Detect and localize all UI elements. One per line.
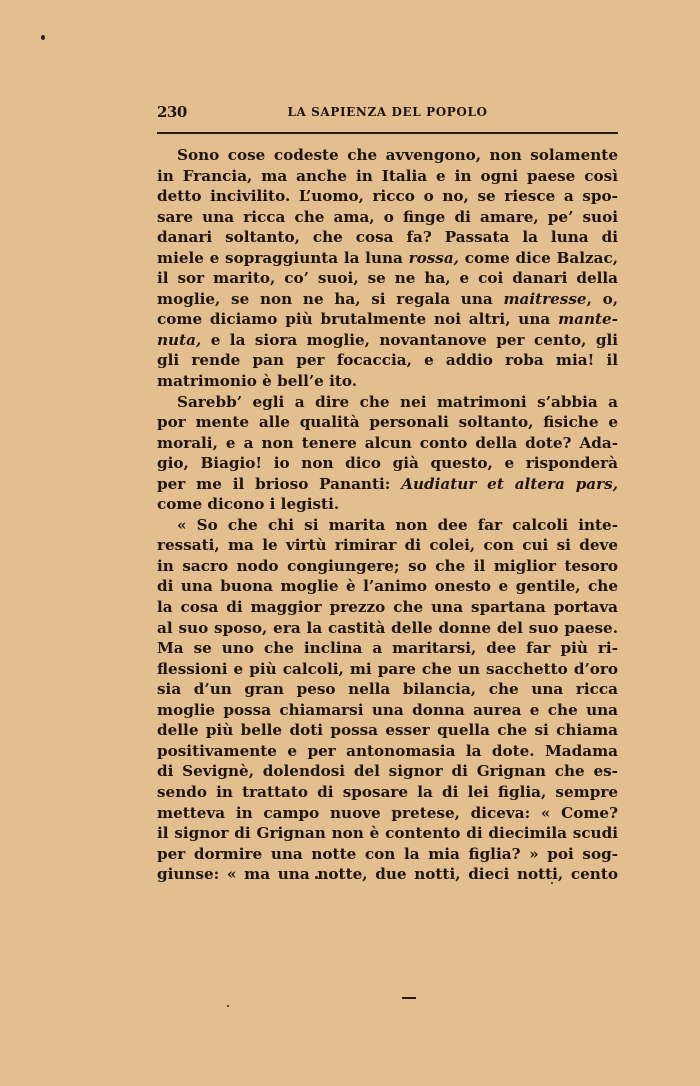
text-run: delle più belle doti possa esser quella … [157,721,618,739]
text-line: come dicono i legisti. [157,494,618,515]
text-line: nuta, e la siora moglie, novantanove per… [157,330,618,351]
text-run: al suo sposo, era la castità delle donne… [157,619,618,637]
text-run: flessioni e più calcoli, mi pare che un … [157,660,618,678]
italic-text: rossa, [409,249,459,267]
text-line: per me il brioso Pananti: Audiatur et al… [157,474,618,495]
text-line: moglie, se non ne ha, si regala una mait… [157,289,618,310]
text-run: come diciamo più brutalmente noi altri, … [157,310,558,328]
italic-text: Audiatur et altera pars, [401,475,618,493]
text-line: Sarebb’ egli a dire che nei matrimoni s’… [157,392,618,413]
text-line: sare una ricca che ama, o finge di amare… [157,207,618,228]
running-title: LA SAPIENZA DEL POPOLO [157,105,618,119]
text-run: danari soltanto, che cosa fa? Passata la… [157,228,618,246]
text-run: come dicono i legisti. [157,495,339,513]
text-line: miele e sopraggiunta la luna rossa, come… [157,248,618,269]
text-line: il sor marito, co’ suoi, se ne ha, e coi… [157,268,618,289]
text-line: flessioni e più calcoli, mi pare che un … [157,659,618,680]
text-run: Sarebb’ egli a dire che nei matrimoni s’… [177,393,618,411]
text-line: Sono cose codeste che avvengono, non sol… [157,145,618,166]
text-run: sendo in trattato di sposare la di lei f… [157,783,618,801]
text-run: in sacro nodo congiungere; so che il mig… [157,557,618,575]
page-header: 230 LA SAPIENZA DEL POPOLO [157,103,618,125]
text-run: e la siora moglie, novantanove per cento… [201,331,618,349]
text-line: come diciamo più brutalmente noi altri, … [157,309,618,330]
text-line: moglie possa chiamarsi una donna aurea e… [157,700,618,721]
text-run: sia d’un gran peso nella bilancia, che u… [157,680,618,698]
text-line: metteva in campo nuove pretese, diceva: … [157,803,618,824]
text-line: per dormire una notte con la mia figlia?… [157,844,618,865]
text-line: di Sevignè, dolendosi del signor di Grig… [157,761,618,782]
text-line: gli rende pan per focaccia, e addio roba… [157,350,618,371]
text-run: gio, Biagio! io non dico già questo, e r… [157,454,618,472]
text-line: delle più belle doti possa esser quella … [157,720,618,741]
text-run: positivamente e per antonomasia la dote.… [157,742,618,760]
text-run: come dice Balzac, [459,249,618,267]
text-line: positivamente e per antonomasia la dote.… [157,741,618,762]
text-run: detto incivilito. L’uomo, ricco o no, se… [157,187,618,205]
text-line: sia d’un gran peso nella bilancia, che u… [157,679,618,700]
text-line: di una buona moglie è l’animo onesto e g… [157,576,618,597]
text-run: moglie possa chiamarsi una donna aurea e… [157,701,618,719]
text-run: il signor di Grignan non è contento di d… [157,824,618,842]
text-run: il sor marito, co’ suoi, se ne ha, e coi… [157,269,618,287]
text-run: matrimonio è bell’e ito. [157,372,357,390]
text-line: Ma se uno che inclina a maritarsi, dee f… [157,638,618,659]
text-line: il signor di Grignan non è contento di d… [157,823,618,844]
text-run: giunse: « ma una notte, due notti, dieci… [157,865,618,883]
text-line: gio, Biagio! io non dico già questo, e r… [157,453,618,474]
ink-speck [315,876,318,879]
text-run: Sono cose codeste che avvengono, non sol… [177,146,618,164]
italic-text: mante- [558,310,618,328]
text-line: sendo in trattato di sposare la di lei f… [157,782,618,803]
body-text: Sono cose codeste che avvengono, non sol… [157,145,618,885]
text-run: ressati, ma le virtù rimirar di colei, c… [157,536,618,554]
text-run: moglie, se non ne ha, si regala una [157,290,503,308]
text-line: morali, e a non tenere alcun conto della… [157,433,618,454]
text-run: in Francia, ma anche in Italia e in ogni… [157,167,618,185]
italic-text: nuta, [157,331,201,349]
text-run: Ma se uno che inclina a maritarsi, dee f… [157,639,618,657]
text-run: di una buona moglie è l’animo onesto e g… [157,577,618,595]
text-line: detto incivilito. L’uomo, ricco o no, se… [157,186,618,207]
text-run: por mente alle qualità personali soltant… [157,413,618,431]
text-run: , o, [587,290,618,308]
text-line: in Francia, ma anche in Italia e in ogni… [157,166,618,187]
text-run: gli rende pan per focaccia, e addio roba… [157,351,618,369]
text-run: « So che chi si marita non dee far calco… [177,516,618,534]
text-line: giunse: « ma una notte, due notti, dieci… [157,864,618,885]
text-run: per dormire una notte con la mia figlia?… [157,845,618,863]
text-run: sare una ricca che ama, o finge di amare… [157,208,618,226]
text-run: per me il brioso Pananti: [157,475,401,493]
text-line: al suo sposo, era la castità delle donne… [157,618,618,639]
text-line: matrimonio è bell’e ito. [157,371,618,392]
text-line: in sacro nodo congiungere; so che il mig… [157,556,618,577]
text-run: morali, e a non tenere alcun conto della… [157,434,618,452]
text-run: la cosa di maggior prezzo che una sparta… [157,598,618,616]
text-line: « So che chi si marita non dee far calco… [157,515,618,536]
italic-text: maitresse [503,290,586,308]
ink-speck [402,997,416,999]
paragraph: Sarebb’ egli a dire che nei matrimoni s’… [157,392,618,515]
ink-speck [41,35,45,40]
text-line: la cosa di maggior prezzo che una sparta… [157,597,618,618]
ink-speck [227,1005,229,1007]
text-line: ressati, ma le virtù rimirar di colei, c… [157,535,618,556]
text-line: por mente alle qualità personali soltant… [157,412,618,433]
header-rule [157,132,618,134]
text-run: di Sevignè, dolendosi del signor di Grig… [157,762,618,780]
text-line: danari soltanto, che cosa fa? Passata la… [157,227,618,248]
text-run: miele e sopraggiunta la luna [157,249,409,267]
text-run: metteva in campo nuove pretese, diceva: … [157,804,618,822]
paragraph: Sono cose codeste che avvengono, non sol… [157,145,618,392]
ink-speck [551,882,553,884]
paragraph: « So che chi si marita non dee far calco… [157,515,618,885]
